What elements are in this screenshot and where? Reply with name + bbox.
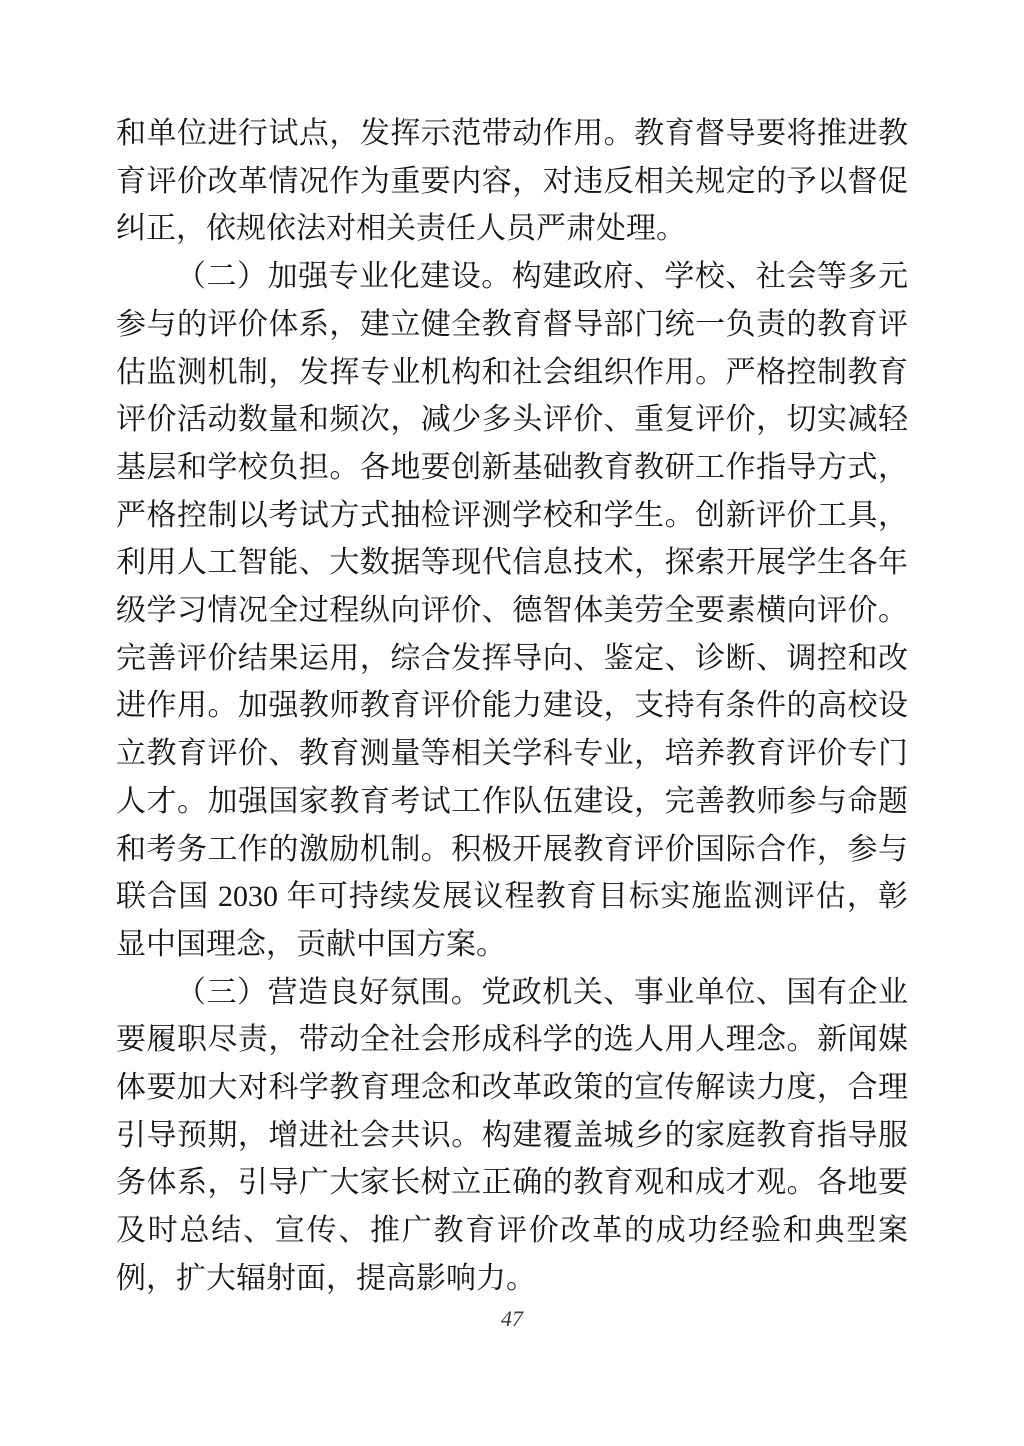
paragraph-section-2: （二）加强专业化建设。构建政府、学校、社会等多元参与的评价体系，建立健全教育督导… (116, 253, 908, 969)
paragraph-continuation: 和单位进行试点，发挥示范带动作用。教育督导要将推进教育评价改革情况作为重要内容，… (116, 110, 908, 253)
paragraph-section-3: （三）营造良好氛围。党政机关、事业单位、国有企业要履职尽责，带动全社会形成科学的… (116, 969, 908, 1303)
body-text: 和单位进行试点，发挥示范带动作用。教育督导要将推进教育评价改革情况作为重要内容，… (116, 110, 908, 1303)
page-number: 47 (0, 1306, 1024, 1332)
document-page: 和单位进行试点，发挥示范带动作用。教育督导要将推进教育评价改革情况作为重要内容，… (0, 0, 1024, 1446)
